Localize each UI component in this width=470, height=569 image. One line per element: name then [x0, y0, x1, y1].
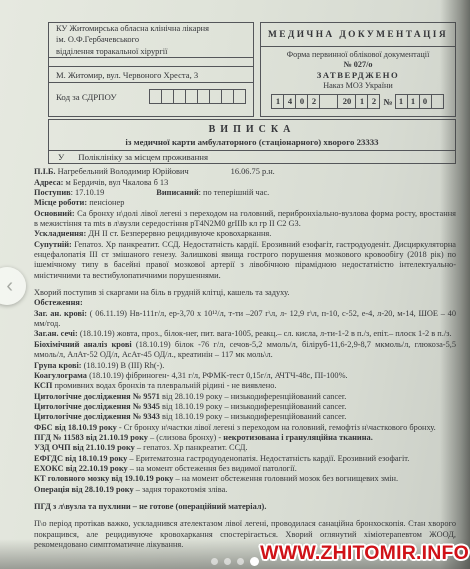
carousel-dot-2[interactable]	[224, 558, 231, 565]
paragraph: Цитологічне дослідження № 9571 від 28.10…	[34, 392, 456, 402]
paragraph: ЕФГДС від 18.10.19 року – Еритематозна г…	[34, 454, 456, 464]
institution-box: КУ Житомирська обласна клінічна лікарня …	[48, 22, 254, 117]
route-label: У	[49, 151, 78, 164]
paragraph: КТ головного мозку від 19.10.19 року – н…	[34, 474, 456, 484]
order-label: Наказ МОЗ України	[261, 81, 455, 91]
form-number: № 027/о	[261, 60, 455, 70]
paragraph: Заг. ан. крові: ( 06.11.19) Нв-111г/л, е…	[34, 309, 456, 330]
order-cells: 14022012№110	[261, 94, 455, 109]
paragraph: Група крові: (18.10.19) В (III) Rh(-).	[34, 361, 456, 371]
text-run: – гепатоз. Хр панкреатит. ССД.	[135, 443, 248, 452]
text-run: – задня торакотомія зліва.	[134, 485, 228, 494]
text-run: Заг.ан. сечі:	[34, 329, 78, 338]
number-sign: №	[383, 96, 392, 109]
text-run: Са бронху н\долі лівої легені з переходо…	[34, 209, 456, 228]
text-run: ДН II ст. Безперервно рецидивуюче кровох…	[86, 229, 271, 238]
text-run: П.І.Б.	[34, 167, 56, 176]
paragraph: Коагулограма (18.10.19) фібриноген- 4,31…	[34, 371, 456, 381]
paragraph: Цитологічне дослідження № 9343 від 18.10…	[34, 412, 456, 422]
text-run: КСП	[34, 381, 52, 390]
chevron-left-icon: ‹	[6, 276, 13, 296]
edrpou-row: Код за СДРПОУ	[49, 83, 253, 110]
paragraph: Місце роботи: пенсіонер	[34, 198, 456, 208]
text-run: УЗД ОЧП від 21.10.19 року	[34, 443, 135, 452]
carousel-dot-3[interactable]	[237, 558, 244, 565]
text-run: м Бердичів, вул Чкалова б 13	[63, 178, 168, 187]
institution-address: М. Житомир, вул. Червоного Хреста, 3	[49, 67, 253, 83]
text-run: Поступив	[34, 188, 71, 197]
paragraph: КСП промивних водах бронхів та плевральн…	[34, 381, 456, 391]
institution-name-line1: КУ Житомирська обласна клінічна лікарня	[49, 23, 253, 34]
medical-document: КУ Житомирська обласна клінічна лікарня …	[0, 0, 470, 569]
paragraph: Основний: Са бронху н\долі лівої легені …	[34, 209, 456, 230]
text-run: Гепатоз. Хр панкреатит. ССД. Недостатніс…	[34, 240, 456, 280]
paragraph: УЗД ОЧП від 21.10.19 року – гепатоз. Хр …	[34, 443, 456, 453]
paragraph: Заг.ан. сечі: (18.10.19) жовта, проз., б…	[34, 329, 456, 339]
text-run: від 28.10.19 року – низькодиференційован…	[160, 392, 346, 401]
order-cell: 2	[367, 94, 380, 109]
text-run: Коагулограма	[34, 371, 87, 380]
carousel-dot-4[interactable]	[250, 557, 259, 566]
text-run: ЕХОКС від 22.10.19 року	[34, 464, 128, 473]
text-run: (18.10.19) В (III) Rh(-).	[82, 361, 165, 370]
edrpou-label: Код за СДРПОУ	[56, 92, 117, 102]
text-run: Біохімічний аналіз крові	[34, 340, 132, 349]
carousel-dot-1[interactable]	[211, 558, 218, 565]
form-type-line: Форма первинної облікової документації	[261, 50, 455, 60]
text-run: Цитологічне дослідження № 9345	[34, 402, 160, 411]
order-cell	[431, 94, 444, 109]
form-header: КУ Житомирська обласна клінічна лікарня …	[48, 22, 456, 117]
paragraph: ЕХОКС від 22.10.19 року – на момент обст…	[34, 464, 456, 474]
text-run: (18.10.19) фібриноген- 4,31 г/л, РФМК-те…	[87, 371, 348, 380]
paragraph: Хворий поступив зі скаргами на біль в гр…	[34, 288, 456, 298]
route-destination: Поліклініку за місцем проживання	[78, 151, 455, 164]
documentation-box: МЕДИЧНА ДОКУМЕНТАЦІЯ Форма первинної обл…	[260, 22, 456, 117]
text-run: Супутній:	[34, 240, 72, 249]
edrpou-cells	[150, 89, 246, 104]
text-run: Заг. ан. крові:	[34, 309, 87, 318]
text-run: від 18.10.19 року – низькодиференційован…	[160, 402, 346, 411]
text-run: Місце роботи:	[34, 198, 87, 207]
text-run: Група крові:	[34, 361, 82, 370]
text-run: Операція від 28.10.19 року	[34, 485, 134, 494]
text-run: Основний:	[34, 209, 75, 218]
paragraph: Ускладнення: ДН II ст. Безперервно рецид…	[34, 229, 456, 239]
vypyska-title: ВИПИСКА	[49, 120, 455, 136]
paragraph: Обстеження:	[34, 298, 456, 308]
text-run: ( 06.11.19) Нв-111г/л, ер-3,70 х 10¹²/л,…	[34, 309, 456, 328]
text-run: Нагребельний Володимир Юрійович	[56, 167, 189, 176]
order-cell: 20	[337, 94, 356, 109]
doc-title: МЕДИЧНА ДОКУМЕНТАЦІЯ	[261, 23, 455, 47]
text-run: КТ головного мозку від 19.10.19 року	[34, 474, 173, 483]
route-row: У Поліклініку за місцем проживання	[48, 151, 456, 165]
text-run: : 17.10.19	[71, 188, 105, 197]
text-run: Адреса:	[34, 178, 63, 187]
paragraph: Поступив: 17.10.19Виписаний: по теперішн…	[34, 188, 456, 198]
vypyska-subtitle: із медичної карти амбулаторного (стаціон…	[49, 136, 455, 150]
text-run: ПГД № 11583 від 21.10.19 року	[34, 433, 148, 442]
text-run: ЕФГДС від 18.10.19 року	[34, 454, 127, 463]
text-run: : по теперішній час.	[199, 188, 270, 197]
paragraph: ФБС від 18.10.19 року - Cr бронху н\част…	[34, 423, 456, 433]
vypyska-box: ВИПИСКА із медичної карти амбулаторного …	[48, 119, 456, 151]
text-run: (18.10.19) жовта, проз., білок-нег, пит.…	[78, 329, 452, 338]
body-paragraphs: П.І.Б. Нагребельний Володимир Юрійович16…	[34, 167, 458, 550]
text-run: від 18.10.19 року – низькодиференційован…	[160, 412, 346, 421]
text-run: Виписаний	[156, 188, 198, 197]
text-run: промивних водах бронхів та плевральній р…	[52, 381, 276, 390]
text-run: 16.06.75 р.н.	[231, 167, 275, 176]
text-run: ПГД з л\вузла та пухлини – не готове (оп…	[34, 502, 266, 511]
paragraph: П.І.Б. Нагребельний Володимир Юрійович16…	[34, 167, 456, 177]
text-run: некротизована і грануляційна тканина.	[223, 433, 373, 442]
photo-viewer: КУ Житомирська обласна клінічна лікарня …	[0, 0, 470, 569]
text-run: – на момент обстеження без видимої патол…	[128, 464, 297, 473]
site-watermark: WWW.ZHITOMIR.INFO	[260, 542, 469, 565]
code-cell	[233, 89, 246, 104]
text-run: – (слизова бронху) -	[148, 433, 223, 442]
paragraph: ПГД № 11583 від 21.10.19 року – (слизова…	[34, 433, 456, 443]
institution-name-line2: ім. О.Ф.Гербачевського	[49, 34, 253, 45]
approved-label: ЗАТВЕРДЖЕНО	[261, 70, 455, 80]
institution-department: відділення торакальної хірургії	[49, 46, 253, 58]
paragraph: ПГД з л\вузла та пухлини – не готове (оп…	[34, 502, 456, 512]
text-run: Ускладнення:	[34, 229, 86, 238]
blank-underline	[49, 58, 253, 67]
text-run: ФБС від 18.10.19 року	[34, 423, 117, 432]
text-run: пенсіонер	[87, 198, 124, 207]
paragraph: Адреса: м Бердичів, вул Чкалова б 13	[34, 178, 456, 188]
paragraph: Операція від 28.10.19 року – задня торак…	[34, 485, 456, 495]
text-run: Хворий поступив зі скаргами на біль в гр…	[34, 288, 289, 297]
paragraph: Супутній: Гепатоз. Хр панкреатит. ССД. Н…	[34, 240, 456, 281]
text-run: - Cr бронху н\частки лівої легені з пере…	[117, 423, 436, 432]
paragraph: Цитологічне дослідження № 9345 від 18.10…	[34, 402, 456, 412]
text-run: – Еритематозна гастродуоденопатія. Недос…	[127, 454, 409, 463]
text-run: Обстеження:	[34, 298, 83, 307]
paragraph: Біохімічний аналіз крові (18.10.19) біло…	[34, 340, 456, 361]
order-cell	[319, 94, 338, 109]
text-run: – на момент обстеження головний мозок бе…	[173, 474, 398, 483]
text-run: Цитологічне дослідження № 9571	[34, 392, 160, 401]
text-run: Цитологічне дослідження № 9343	[34, 412, 160, 421]
